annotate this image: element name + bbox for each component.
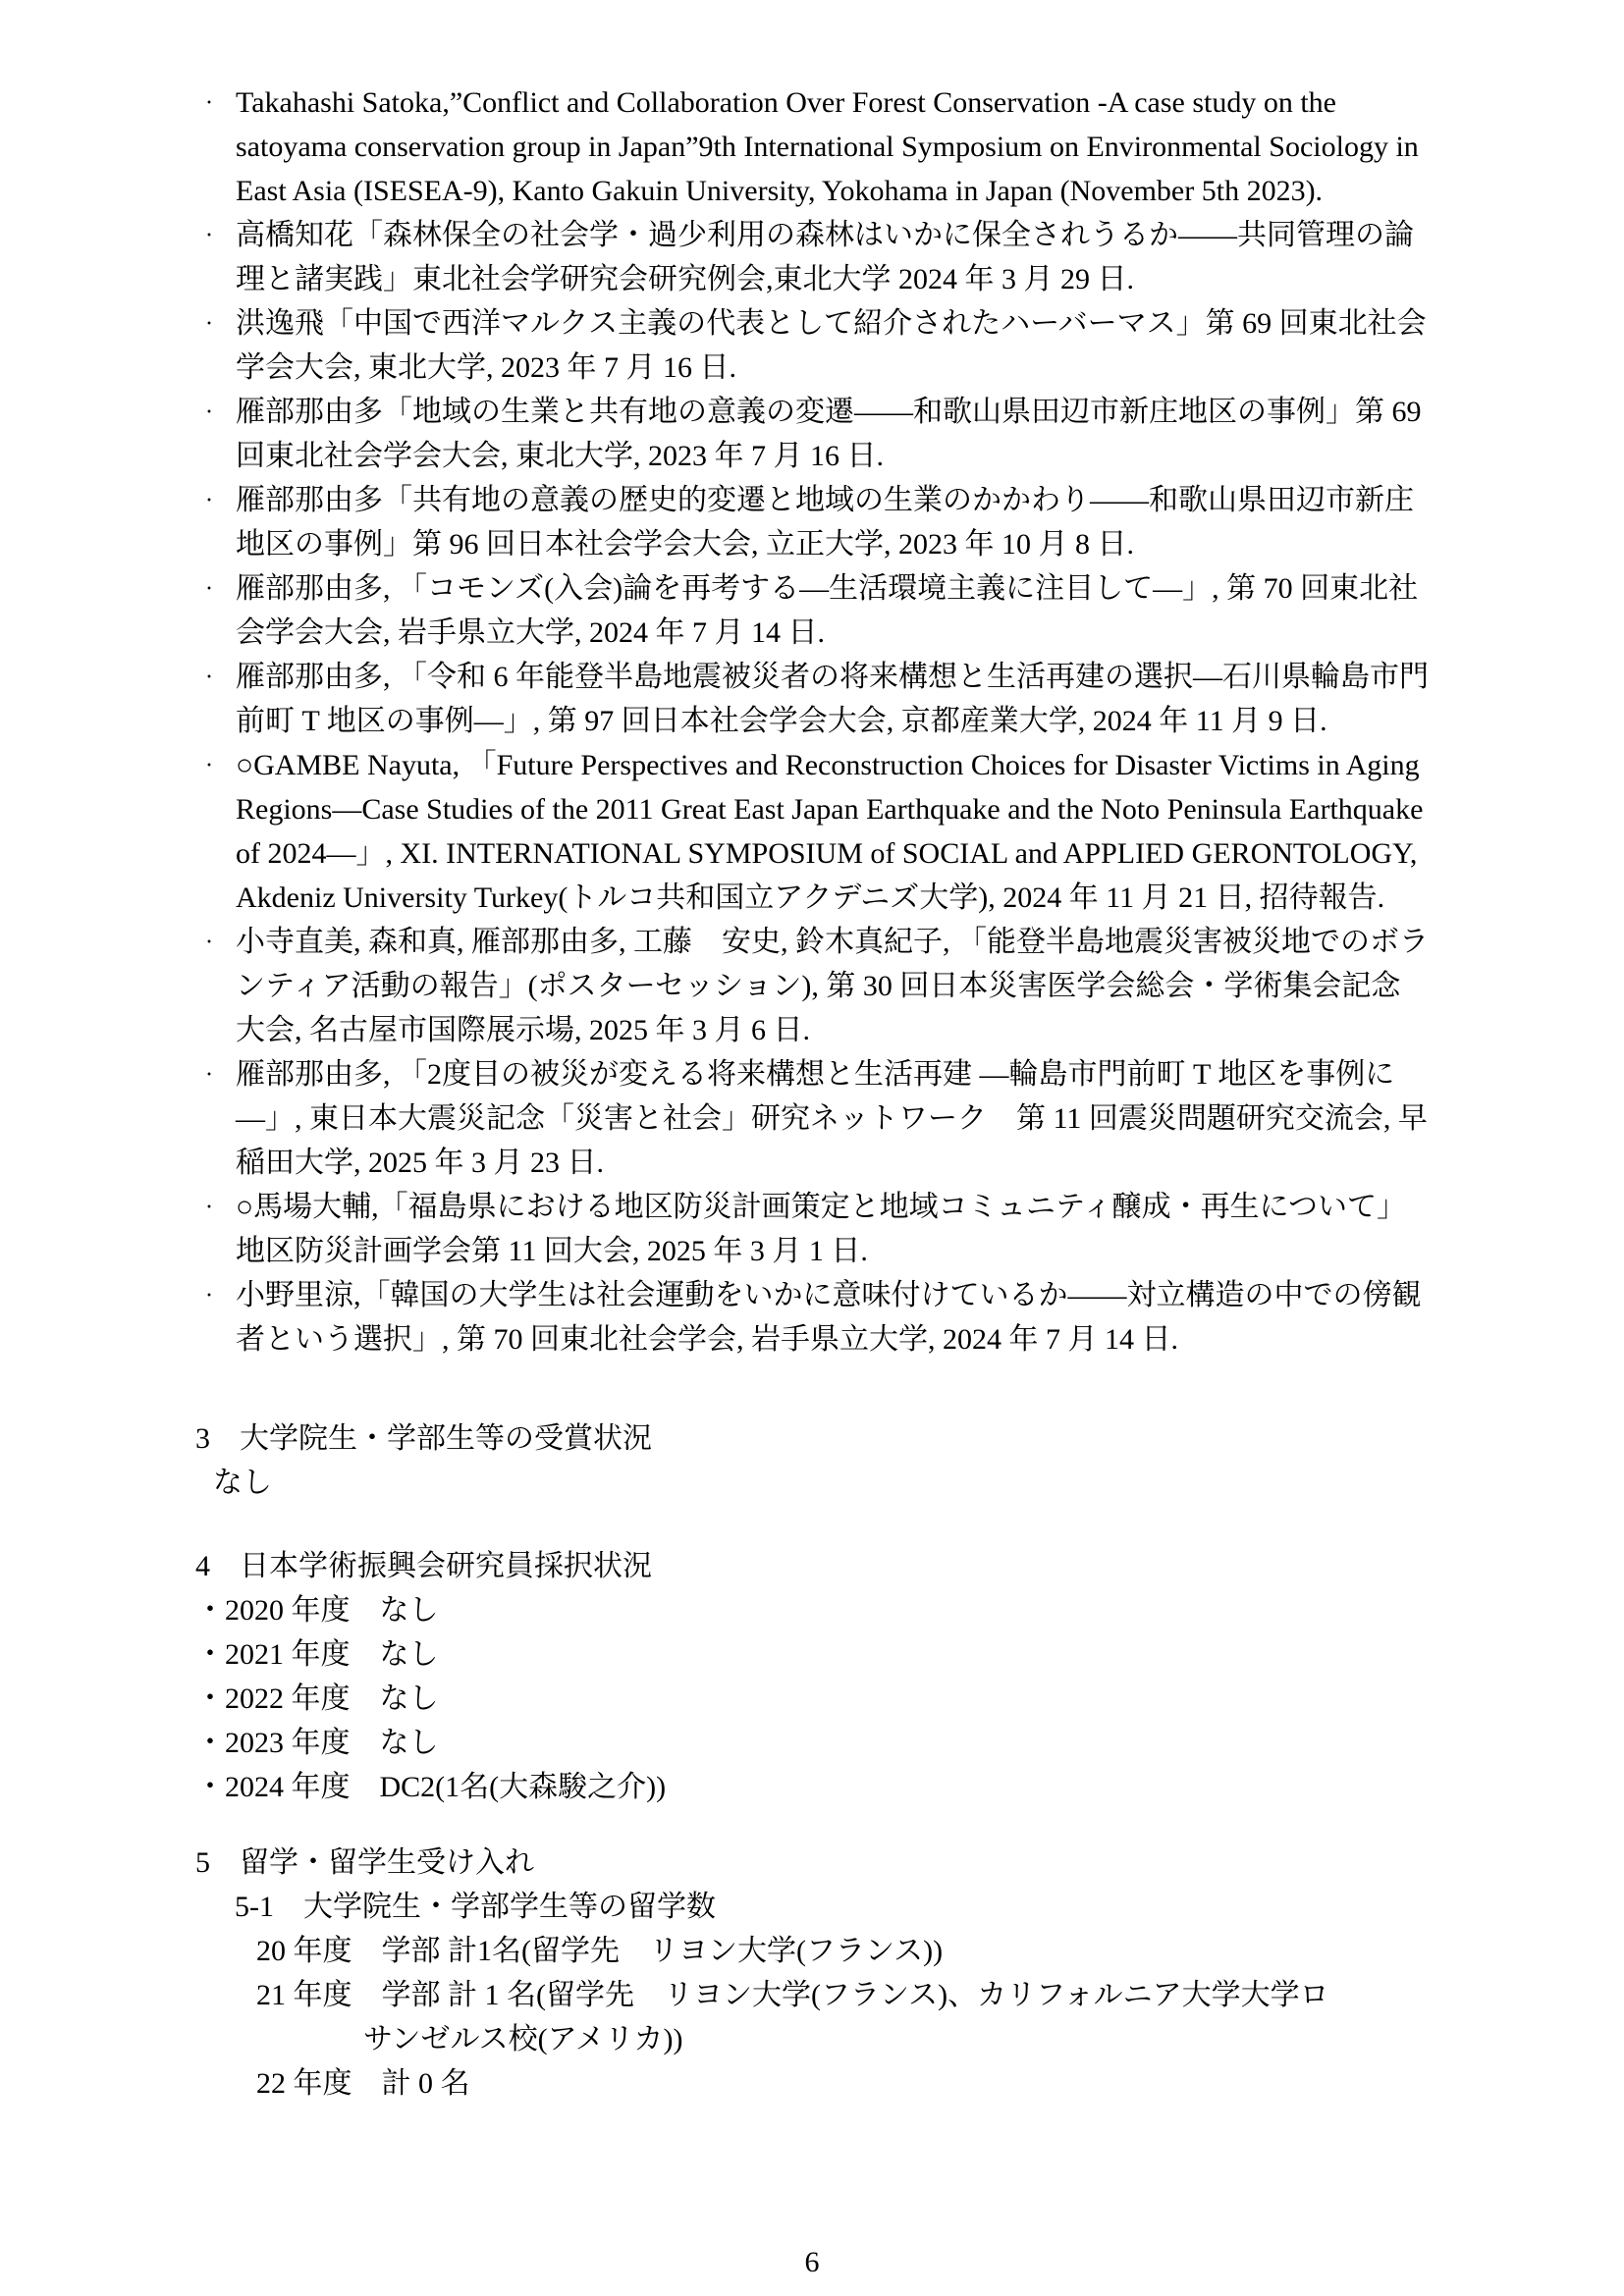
section-awards-heading: 3 大学院生・学部生等の受賞状況 [195,1416,1429,1461]
section-jsps: 4 日本学術振興会研究員採択状況 ・2020 年度 なし ・2021 年度 なし… [195,1544,1429,1809]
publication-text: 雁部那由多「共有地の意義の歴史的変遷と地域の生業のかかわり――和歌山県田辺市新庄… [236,484,1414,561]
section-study-abroad: 5 留学・留学生受け入れ 5-1 大学院生・学部学生等の留学数 20 年度 学部… [195,1841,1429,2106]
section-awards-body: なし [213,1461,1429,1505]
bullet-icon: ・ [201,921,217,965]
publication-item: ・ Takahashi Satoka,”Conflict and Collabo… [201,80,1429,213]
study-abroad-row-continuation: サンゼルス校(アメリカ)) [363,2017,1429,2061]
publication-item: ・ ○馬場大輔,「福島県における地区防災計画策定と地域コミュニティ醸成・再生につ… [201,1185,1429,1273]
bullet-icon: ・ [201,1274,217,1318]
bullet-icon: ・ [201,81,217,126]
publication-text: 高橋知花「森林保全の社会学・過少利用の森林はいかに保全されうるか――共同管理の論… [236,219,1414,295]
bullet-icon: ・ [201,214,217,258]
bullet-icon: ・ [201,1186,217,1230]
bullet-icon: ・ [201,1053,217,1097]
jsps-year-row: ・2024 年度 DC2(1名(大森駿之介)) [195,1765,1429,1809]
publication-item: ・ 雁部那由多, 「2度目の被災が変える将来構想と生活再建 ―輪島市門前町 T … [201,1052,1429,1185]
document-page: ・ Takahashi Satoka,”Conflict and Collabo… [0,0,1624,2296]
jsps-year-row: ・2022 年度 なし [195,1677,1429,1721]
bullet-icon: ・ [201,391,217,435]
publication-text: 小寺直美, 森和真, 雁部那由多, 工藤 安史, 鈴木真紀子, 「能登半島地震災… [236,926,1429,1046]
publication-item: ・ ○GAMBE Nayuta, 「Future Perspectives an… [201,743,1429,920]
publication-item: ・ 雁部那由多, 「令和 6 年能登半島地震被災者の将来構想と生活再建の選択―石… [201,655,1429,743]
study-abroad-row: 22 年度 計 0 名 [256,2061,1429,2106]
bullet-icon: ・ [201,567,217,612]
study-abroad-subheading: 5-1 大学院生・学部学生等の留学数 [235,1885,1429,1929]
publication-item: ・ 小寺直美, 森和真, 雁部那由多, 工藤 安史, 鈴木真紀子, 「能登半島地… [201,920,1429,1052]
publication-item: ・ 雁部那由多「地域の生業と共有地の意義の変遷――和歌山県田辺市新庄地区の事例」… [201,390,1429,478]
publication-text: 雁部那由多, 「コモンズ(入会)論を再考する―生活環境主義に注目して―」, 第 … [236,572,1418,649]
study-abroad-row: 21 年度 学部 計 1 名(留学先 リヨン大学(フランス)、カリフォルニア大学… [256,1973,1429,2017]
publication-list: ・ Takahashi Satoka,”Conflict and Collabo… [195,80,1429,1362]
publication-text: 小野里涼,「韓国の大学生は社会運動をいかに意味付けているか――対立構造の中での傍… [236,1279,1422,1356]
bullet-icon: ・ [201,656,217,700]
publication-item: ・ 雁部那由多, 「コモンズ(入会)論を再考する―生活環境主義に注目して―」, … [201,566,1429,655]
jsps-year-row: ・2020 年度 なし [195,1588,1429,1632]
publication-item: ・ 小野里涼,「韓国の大学生は社会運動をいかに意味付けているか――対立構造の中で… [201,1273,1429,1362]
publication-text: 洪逸飛「中国で西洋マルクス主義の代表として紹介されたハーバーマス」第 69 回東… [236,307,1427,384]
publication-item: ・ 洪逸飛「中国で西洋マルクス主義の代表として紹介されたハーバーマス」第 69 … [201,301,1429,390]
publication-text: 雁部那由多, 「2度目の被災が変える将来構想と生活再建 ―輪島市門前町 T 地区… [236,1058,1428,1179]
section-study-abroad-heading: 5 留学・留学生受け入れ [195,1841,1429,1885]
publication-text: 雁部那由多「地域の生業と共有地の意義の変遷――和歌山県田辺市新庄地区の事例」第 … [236,396,1422,472]
publication-text: ○GAMBE Nayuta, 「Future Perspectives and … [236,749,1423,914]
section-jsps-heading: 4 日本学術振興会研究員採択状況 [195,1544,1429,1588]
section-awards: 3 大学院生・学部生等の受賞状況 なし [195,1416,1429,1505]
publication-item: ・ 雁部那由多「共有地の意義の歴史的変遷と地域の生業のかかわり――和歌山県田辺市… [201,478,1429,566]
bullet-icon: ・ [201,479,217,523]
publication-text: 雁部那由多, 「令和 6 年能登半島地震被災者の将来構想と生活再建の選択―石川県… [236,661,1429,737]
bullet-icon: ・ [201,744,217,788]
study-abroad-row: 20 年度 学部 計1名(留学先 リヨン大学(フランス)) [256,1929,1429,1973]
jsps-year-row: ・2021 年度 なし [195,1632,1429,1677]
page-number: 6 [0,2240,1624,2284]
bullet-icon: ・ [201,302,217,347]
publication-item: ・ 高橋知花「森林保全の社会学・過少利用の森林はいかに保全されうるか――共同管理… [201,213,1429,301]
jsps-year-row: ・2023 年度 なし [195,1721,1429,1765]
publication-text: ○馬場大輔,「福島県における地区防災計画策定と地域コミュニティ醸成・再生について… [236,1191,1406,1267]
publication-text: Takahashi Satoka,”Conflict and Collabora… [236,86,1419,207]
